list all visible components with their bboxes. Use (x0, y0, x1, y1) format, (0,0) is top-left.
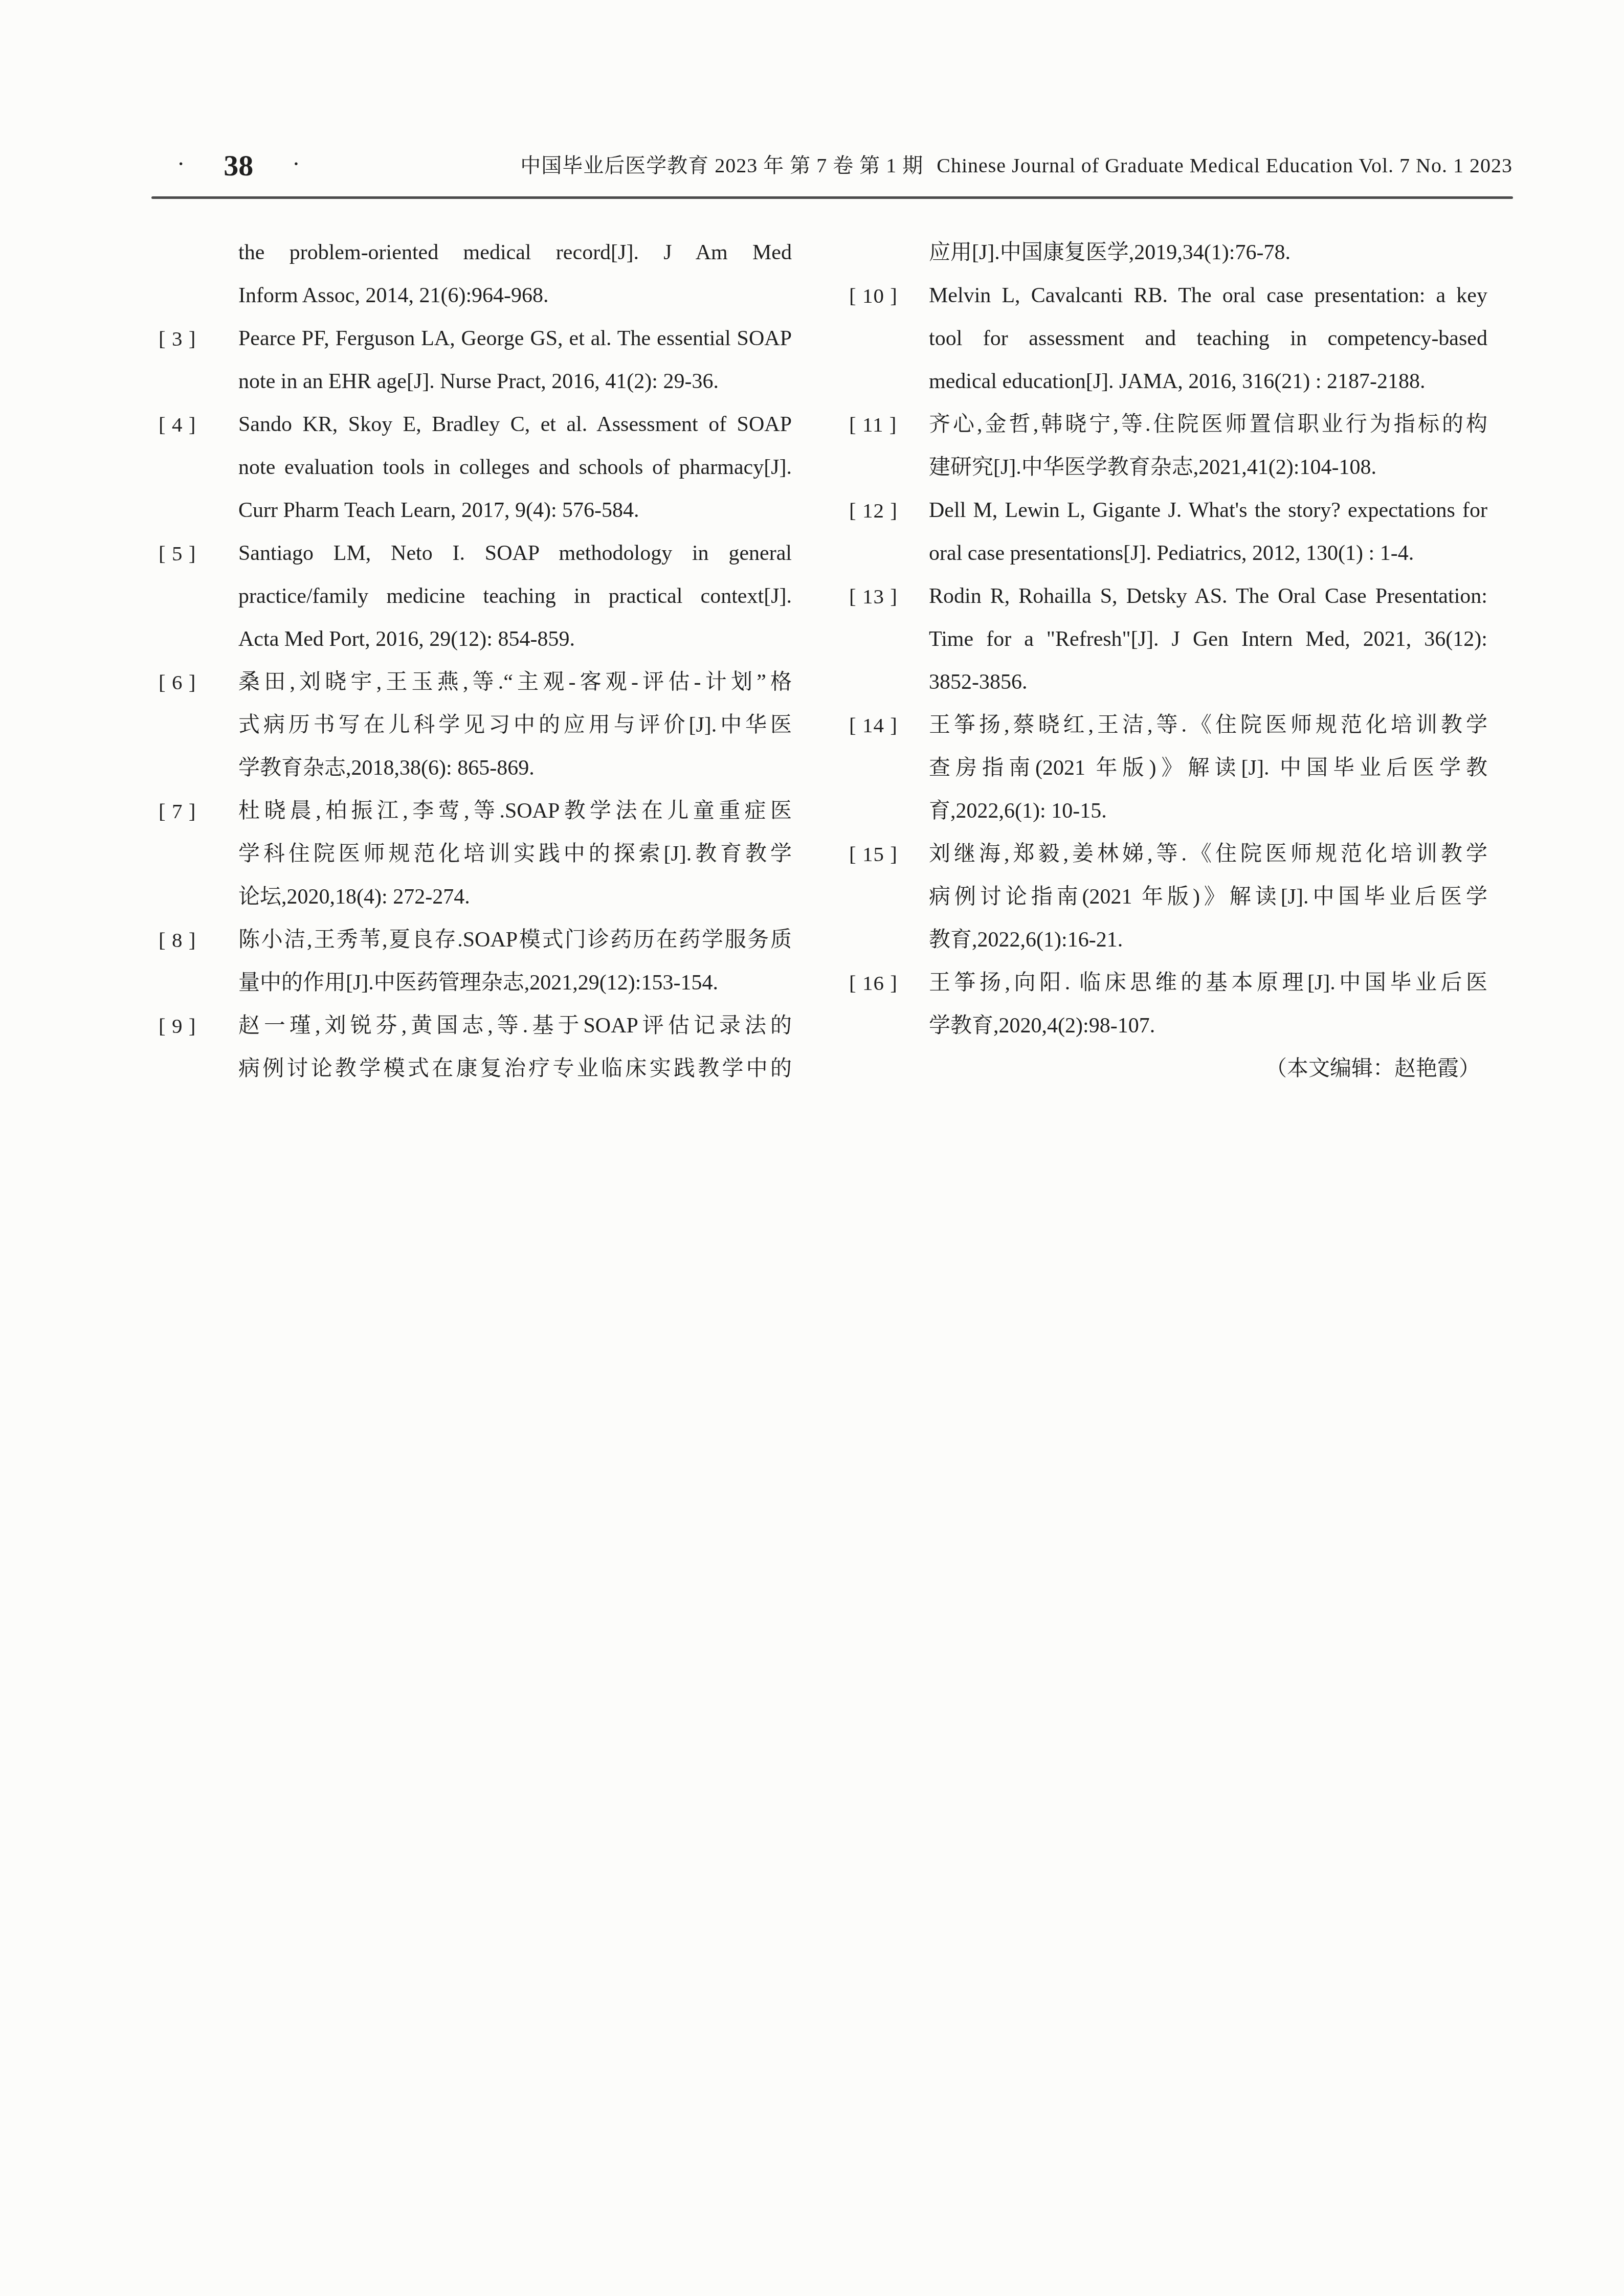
reference-line: 齐心,金哲,韩晓宁,等.住院医师置信职业行为指标的构 (929, 403, 1487, 446)
reference-number: [ 5 ] (159, 532, 196, 575)
reference-line: Rodin R, Rohailla S, Detsky AS. The Oral… (929, 575, 1487, 618)
reference-line: 论坛,2020,18(4): 272-274. (238, 875, 792, 918)
reference-item: [ 3 ]Pearce PF, Ferguson LA, George GS, … (159, 317, 792, 403)
reference-item: [ 10 ]Melvin L, Cavalcanti RB. The oral … (849, 274, 1487, 403)
reference-number: [ 15 ] (849, 832, 898, 875)
reference-number: [ 9 ] (159, 1004, 196, 1047)
reference-line: note evaluation tools in colleges and sc… (238, 446, 792, 489)
references-column-right: 应用[J].中国康复医学,2019,34(1):76-78.[ 10 ]Melv… (849, 231, 1487, 1090)
reference-continuation: the problem-oriented medical record[J]. … (159, 231, 792, 317)
journal-page: · 38 · 中国毕业后医学教育 2023 年 第 7 卷 第 1 期Chine… (0, 0, 1624, 2296)
reference-line: 应用[J].中国康复医学,2019,34(1):76-78. (929, 231, 1487, 274)
reference-continuation: 应用[J].中国康复医学,2019,34(1):76-78. (849, 231, 1487, 274)
reference-number: [ 12 ] (849, 489, 898, 532)
reference-line: Time for a "Refresh"[J]. J Gen Intern Me… (929, 618, 1487, 661)
reference-number: [ 8 ] (159, 918, 196, 961)
reference-line: 刘继海,郑毅,姜林娣,等.《住院医师规范化培训教学 (929, 832, 1487, 875)
reference-number: [ 7 ] (159, 790, 196, 832)
reference-number: [ 10 ] (849, 274, 898, 317)
reference-line: 教育,2022,6(1):16-21. (929, 918, 1487, 961)
reference-line: 赵一瑾,刘锐芬,黄国志,等.基于SOAP评估记录法的 (238, 1004, 792, 1047)
reference-line: Pearce PF, Ferguson LA, George GS, et al… (238, 317, 792, 360)
reference-line: 查房指南(2021 年版)》解读[J]. 中国毕业后医学教 (929, 747, 1487, 790)
editor-note: （本文编辑：赵艳霞） (849, 1047, 1487, 1090)
reference-line: 量中的作用[J].中医药管理杂志,2021,29(12):153-154. (238, 961, 792, 1004)
reference-number: [ 4 ] (159, 403, 196, 446)
reference-line: 建研究[J].中华医学教育杂志,2021,41(2):104-108. (929, 446, 1487, 489)
reference-line: Santiago LM, Neto I. SOAP methodology in… (238, 532, 792, 575)
reference-item: [ 5 ]Santiago LM, Neto I. SOAP methodolo… (159, 532, 792, 661)
reference-line: 学教育杂志,2018,38(6): 865-869. (238, 747, 792, 790)
reference-line: 3852-3856. (929, 661, 1487, 704)
reference-line: 学教育,2020,4(2):98-107. (929, 1004, 1487, 1047)
reference-line: practice/family medicine teaching in pra… (238, 575, 792, 618)
reference-item: [ 9 ]赵一瑾,刘锐芬,黄国志,等.基于SOAP评估记录法的病例讨论教学模式在… (159, 1004, 792, 1090)
page-number: 38 (224, 148, 253, 183)
page-number-right-dot: · (293, 154, 299, 174)
journal-title-chinese: 中国毕业后医学教育 2023 年 第 7 卷 第 1 期 (520, 154, 923, 177)
reference-item: [ 6 ]桑田,刘晓宇,王玉燕,等.“主观-客观-评估-计划”格式病历书写在儿科… (159, 661, 792, 790)
reference-line: Inform Assoc, 2014, 21(6):964-968. (238, 274, 792, 317)
reference-line: Dell M, Lewin L, Gigante J. What's the s… (929, 489, 1487, 532)
reference-number: [ 14 ] (849, 704, 898, 747)
page-number-block: · 38 · (178, 142, 299, 188)
reference-item: [ 4 ]Sando KR, Skoy E, Bradley C, et al.… (159, 403, 792, 532)
reference-line: Melvin L, Cavalcanti RB. The oral case p… (929, 274, 1487, 317)
reference-number: [ 11 ] (849, 403, 897, 446)
reference-item: [ 14 ]王筝扬,蔡晓红,王洁,等.《住院医师规范化培训教学查房指南(2021… (849, 704, 1487, 832)
reference-line: 育,2022,6(1): 10-15. (929, 790, 1487, 832)
reference-item: [ 8 ]陈小洁,王秀苇,夏良存.SOAP模式门诊药历在药学服务质量中的作用[J… (159, 918, 792, 1004)
reference-item: [ 12 ]Dell M, Lewin L, Gigante J. What's… (849, 489, 1487, 575)
reference-line: 陈小洁,王秀苇,夏良存.SOAP模式门诊药历在药学服务质 (238, 918, 792, 961)
page-number-left-dot: · (178, 154, 184, 174)
reference-number: [ 3 ] (159, 317, 196, 360)
reference-line: Curr Pharm Teach Learn, 2017, 9(4): 576-… (238, 489, 792, 532)
reference-line: 杜晓晨,柏振江,李莺,等.SOAP教学法在儿童重症医 (238, 790, 792, 832)
reference-line: note in an EHR age[J]. Nurse Pract, 2016… (238, 360, 792, 403)
reference-line: oral case presentations[J]. Pediatrics, … (929, 532, 1487, 575)
reference-item: [ 11 ]齐心,金哲,韩晓宁,等.住院医师置信职业行为指标的构建研究[J].中… (849, 403, 1487, 489)
reference-line: tool for assessment and teaching in comp… (929, 317, 1487, 360)
reference-line: 桑田,刘晓宇,王玉燕,等.“主观-客观-评估-计划”格 (238, 661, 792, 704)
reference-item: [ 7 ]杜晓晨,柏振江,李莺,等.SOAP教学法在儿童重症医学科住院医师规范化… (159, 790, 792, 918)
journal-title-english: Chinese Journal of Graduate Medical Educ… (937, 154, 1512, 177)
reference-line: 学科住院医师规范化培训实践中的探索[J].教育教学 (238, 832, 792, 875)
reference-line: Sando KR, Skoy E, Bradley C, et al. Asse… (238, 403, 792, 446)
reference-line: 王筝扬,蔡晓红,王洁,等.《住院医师规范化培训教学 (929, 704, 1487, 747)
reference-item: [ 15 ]刘继海,郑毅,姜林娣,等.《住院医师规范化培训教学病例讨论指南(20… (849, 832, 1487, 961)
reference-line: 式病历书写在儿科学见习中的应用与评价[J].中华医 (238, 704, 792, 747)
reference-line: 病例讨论指南(2021 年版)》解读[J].中国毕业后医学 (929, 875, 1487, 918)
references-column-left: the problem-oriented medical record[J]. … (159, 231, 792, 1090)
page-header: · 38 · 中国毕业后医学教育 2023 年 第 7 卷 第 1 期Chine… (0, 142, 1624, 188)
journal-running-head: 中国毕业后医学教育 2023 年 第 7 卷 第 1 期Chinese Jour… (520, 149, 1512, 178)
reference-line: Acta Med Port, 2016, 29(12): 854-859. (238, 618, 792, 661)
reference-item: [ 16 ]王筝扬,向阳. 临床思维的基本原理[J].中国毕业后医学教育,202… (849, 961, 1487, 1047)
reference-line: 王筝扬,向阳. 临床思维的基本原理[J].中国毕业后医 (929, 961, 1487, 1004)
reference-number: [ 16 ] (849, 961, 898, 1004)
reference-item: [ 13 ]Rodin R, Rohailla S, Detsky AS. Th… (849, 575, 1487, 704)
reference-number: [ 13 ] (849, 575, 898, 618)
header-divider-rule (151, 196, 1513, 199)
reference-line: medical education[J]. JAMA, 2016, 316(21… (929, 360, 1487, 403)
reference-number: [ 6 ] (159, 661, 196, 704)
reference-line: the problem-oriented medical record[J]. … (238, 231, 792, 274)
reference-line: 病例讨论教学模式在康复治疗专业临床实践教学中的 (238, 1047, 792, 1090)
